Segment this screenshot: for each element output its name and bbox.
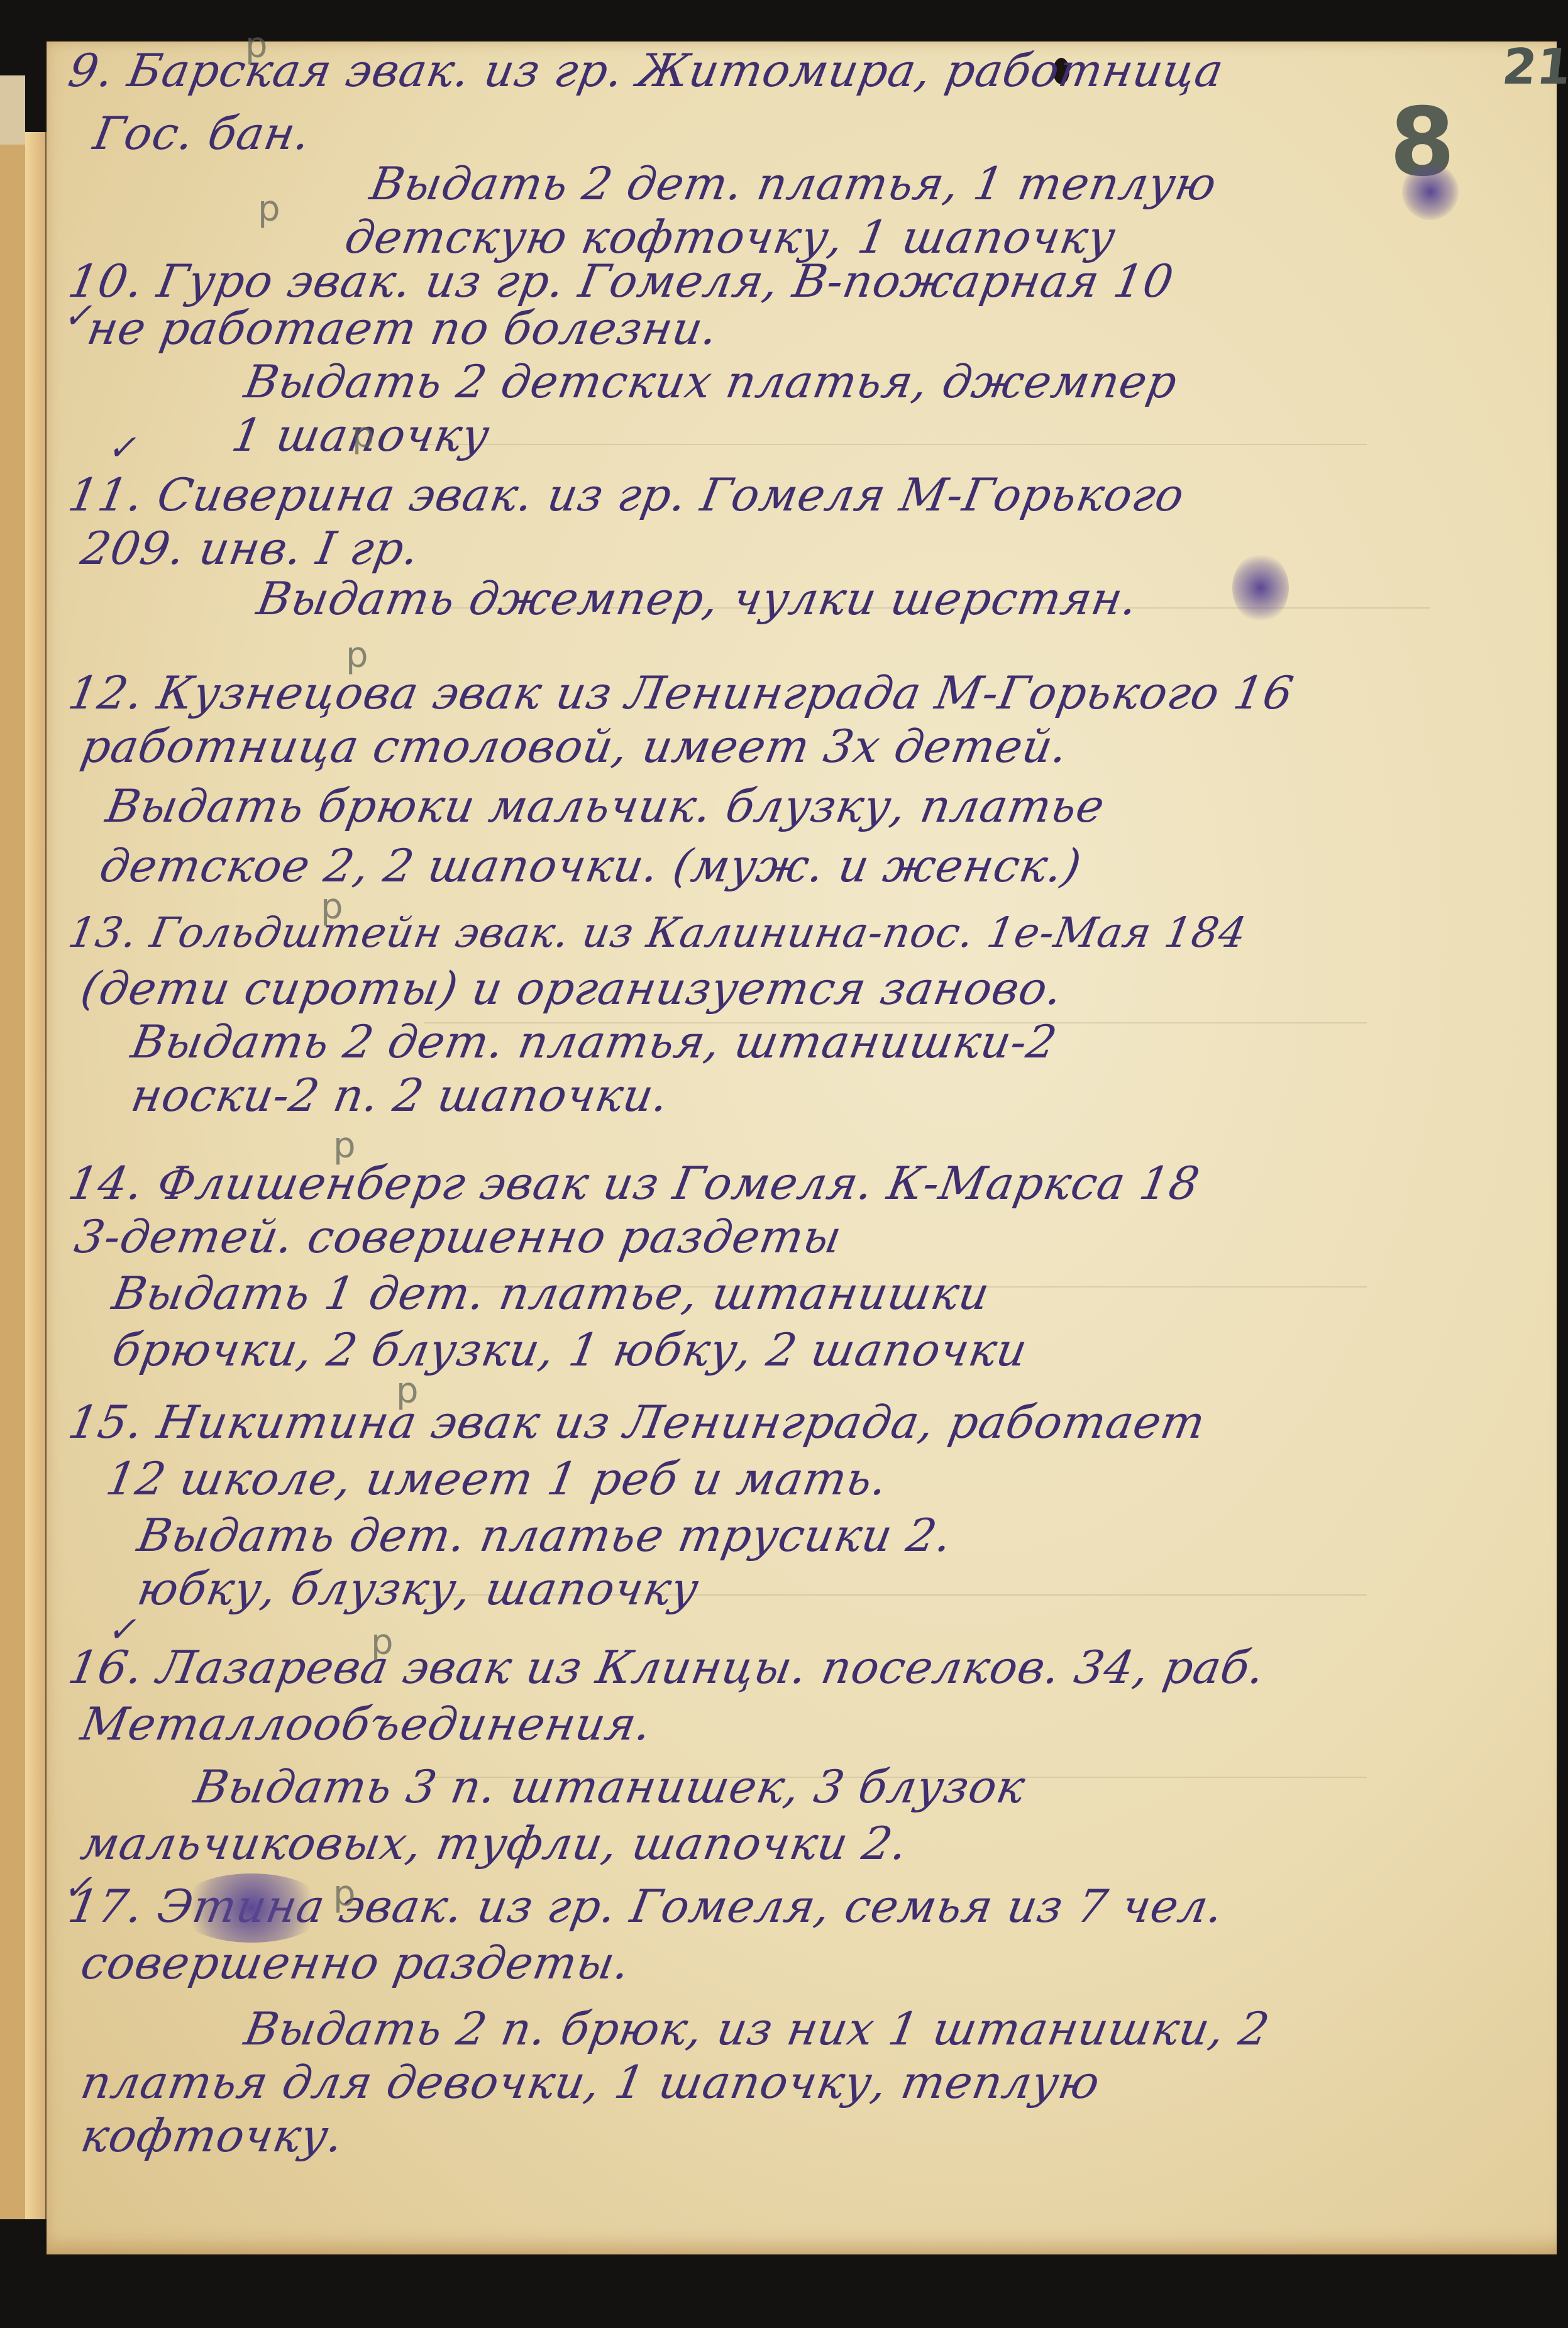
scan-border xyxy=(1557,0,1568,2328)
ink-blot xyxy=(1402,163,1459,220)
pencil-mark: р xyxy=(333,1873,356,1914)
entry-line: Выдать джемпер, чулки шерстян. xyxy=(253,572,1142,625)
entry-line: Выдать дет. платье трусики 2. xyxy=(134,1509,956,1562)
entry-line: Гос. бан. xyxy=(90,107,315,160)
entry-line: Выдать 3 п. штанишек, 3 блузок xyxy=(190,1760,1030,1813)
binding-strip xyxy=(0,132,25,2219)
entry-line: совершенно раздеты. xyxy=(77,1936,634,1989)
entry-line: (дети сироты) и организуется заново. xyxy=(77,962,1067,1015)
pencil-mark: р xyxy=(352,415,375,456)
entry-line: 209. инв. I гр. xyxy=(77,522,424,575)
ink-blot xyxy=(1232,553,1289,622)
entry-line: 16. Лазарева эвак из Клинцы. поселков. 3… xyxy=(65,1641,1269,1694)
entry-line: 11. Сиверина эвак. из гр. Гомеля М-Горьк… xyxy=(65,468,1189,521)
pencil-mark: р xyxy=(321,886,343,927)
entry-line: детское 2, 2 шапочки. (муж. и женск.) xyxy=(96,839,1086,892)
entry-line: кофточку. xyxy=(77,2109,348,2162)
pencil-mark: р xyxy=(258,189,280,229)
ink-smudge-crossout xyxy=(176,1873,327,1943)
entry-line: 10. Гуро эвак. из гр. Гомеля, В-пожарная… xyxy=(65,255,1178,307)
entry-line: платья для девочки, 1 шапочку, теплую xyxy=(77,2056,1105,2109)
entry-line: не работает по болезни. xyxy=(84,302,722,355)
pencil-mark: р xyxy=(245,25,268,66)
faint-form-line xyxy=(424,444,1367,445)
binding-tab xyxy=(0,75,25,145)
entry-line: 9. Барская эвак. из гр. Житомира, работн… xyxy=(65,44,1228,97)
entry-line: работница столовой, имеет 3х детей. xyxy=(77,720,1073,773)
entry-line: 3-детей. совершенно раздеты xyxy=(71,1210,846,1263)
entry-line: Выдать брюки мальчик. блузку, платье xyxy=(102,780,1109,832)
entry-line: носки-2 п. 2 шапочки. xyxy=(128,1069,673,1122)
entry-line: Выдать 2 дет. платья, 1 теплую xyxy=(367,157,1221,210)
entry-line: Выдать 2 дет. платья, штанишки-2 xyxy=(128,1015,1061,1068)
entry-line: 15. Никитина эвак из Ленинграда, работае… xyxy=(65,1396,1210,1448)
page-number: 21 xyxy=(1499,39,1568,96)
entry-line: Выдать 2 п. брюк, из них 1 штанишки, 2 xyxy=(241,2002,1274,2055)
entry-line: мальчиковых, туфли, шапочки 2. xyxy=(77,1817,912,1870)
pencil-mark: р xyxy=(371,1622,394,1663)
entry-line: брючки, 2 блузки, 1 юбку, 2 шапочки xyxy=(109,1323,1032,1376)
entry-line: Выдать 1 дет. платье, штанишки xyxy=(109,1267,994,1320)
entry-line: Выдать 2 детских платья, джемпер xyxy=(241,355,1182,408)
pencil-mark: р xyxy=(333,1125,356,1166)
binding-edge xyxy=(25,132,47,2219)
pencil-mark: р xyxy=(396,1371,419,1411)
entry-line: 14. Флишенберг эвак из Гомеля. К-Маркса … xyxy=(65,1157,1204,1210)
entry-line: юбку, блузку, шапочку xyxy=(134,1562,703,1615)
entry-line: 12. Кузнецова эвак из Ленинграда М-Горьк… xyxy=(65,666,1298,719)
entry-line: Металлообъединения. xyxy=(77,1697,656,1750)
pencil-mark: р xyxy=(346,635,368,676)
entry-line: 13. Гольдштейн эвак. из Калинина-пос. 1е… xyxy=(65,908,1251,957)
checkmark-icon: ✓ xyxy=(107,428,136,468)
entry-line: 12 школе, имеет 1 реб и мать. xyxy=(102,1452,892,1505)
